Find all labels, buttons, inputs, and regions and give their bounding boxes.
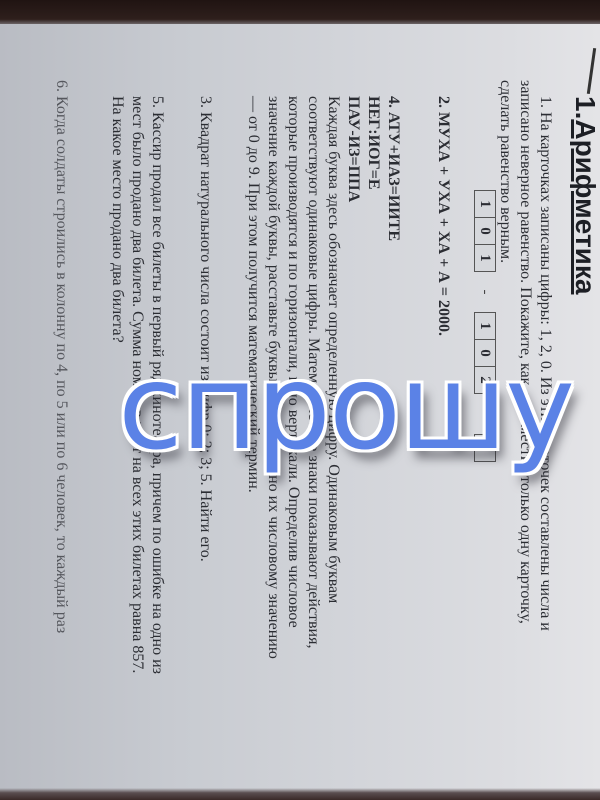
digit-card: 1 [475,245,495,271]
title-number: 1. [570,96,600,119]
table-background [0,0,600,24]
task1-line3: сделать равенство верным. [495,80,516,263]
digit-card: 1 [475,313,495,340]
task4-eq1: 4. АТУ+ИАЗ=ИИТЕ [383,96,404,241]
watermark-overlay: спрошу [118,348,573,466]
worksheet-photo: 1.Арифметика 1. На карточках записаны ци… [0,0,600,800]
minus-sign: - [475,282,496,302]
digit-card: 1 [475,191,495,218]
task5-line3: На какое место продано два билета? [107,96,128,343]
digit-card: 0 [475,218,495,245]
section-title: 1.Арифметика [575,96,596,294]
title-word: Арифметика [570,119,600,294]
task3-line1: 3. Квадрат натурального числа состоит из… [195,96,216,562]
task4-eq3: ПАУ-ИЗ=ППА [343,96,364,202]
task6-line1: 6. Когда солдаты строились в колонну по … [51,80,72,633]
cards-left: 1 0 1 [474,190,496,272]
photo-bottom-edge [0,788,600,800]
task2-line1: 2. МУХА + УХА + ХА + А = 2000. [433,96,454,336]
task4-eq2: НЕГ:ИОГ=Е [363,96,384,189]
